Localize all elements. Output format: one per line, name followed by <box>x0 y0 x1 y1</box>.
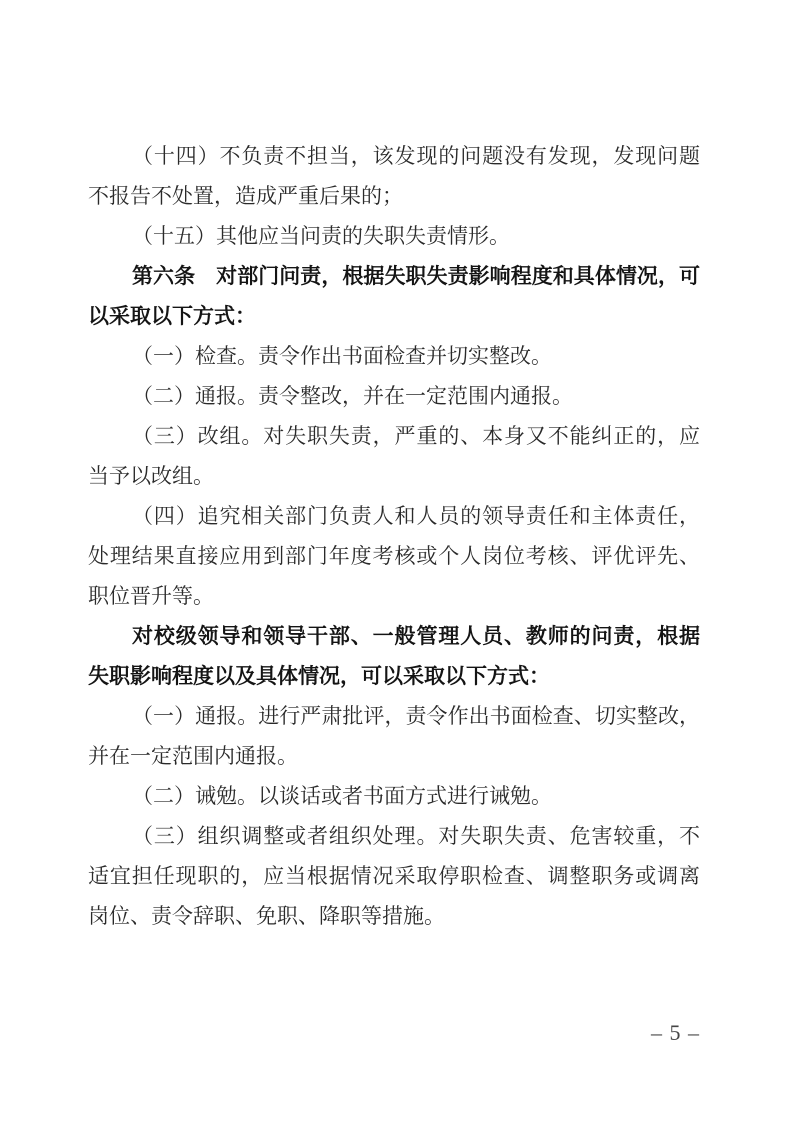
document-line-heading: 第六条 对部门问责，根据失职失责影响程度和具体情况，可 <box>88 256 700 296</box>
document-line: 不报告不处置，造成严重后果的； <box>88 176 700 216</box>
document-line: 处理结果直接应用到部门年度考核或个人岗位考核、评优评先、 <box>88 536 700 576</box>
document-line: 适宜担任现职的，应当根据情况采取停职检查、调整职务或调离 <box>88 856 700 896</box>
document-line: 并在一定范围内通报。 <box>88 736 700 776</box>
page-footer: – 5 – <box>88 1020 700 1046</box>
document-line: （一）检查。责令作出书面检查并切实整改。 <box>88 336 700 376</box>
document-line: （四）追究相关部门负责人和人员的领导责任和主体责任， <box>88 496 700 536</box>
document-line: （二）通报。责令整改，并在一定范围内通报。 <box>88 376 700 416</box>
document-line: 职位晋升等。 <box>88 576 700 616</box>
document-page: （十四）不负责不担当，该发现的问题没有发现，发现问题 不报告不处置，造成严重后果… <box>0 0 794 1122</box>
document-line-heading: 以采取以下方式： <box>88 296 700 336</box>
document-line: （一）通报。进行严肃批评，责令作出书面检查、切实整改， <box>88 696 700 736</box>
document-line: （十四）不负责不担当，该发现的问题没有发现，发现问题 <box>88 136 700 176</box>
document-line: （三）改组。对失职失责，严重的、本身又不能纠正的，应 <box>88 416 700 456</box>
document-line-heading: 对校级领导和领导干部、一般管理人员、教师的问责，根据 <box>88 616 700 656</box>
document-line: 当予以改组。 <box>88 456 700 496</box>
document-line: 岗位、责令辞职、免职、降职等措施。 <box>88 896 700 936</box>
document-line: （三）组织调整或者组织处理。对失职失责、危害较重，不 <box>88 816 700 856</box>
document-line: （二）诫勉。以谈话或者书面方式进行诫勉。 <box>88 776 700 816</box>
document-body: （十四）不负责不担当，该发现的问题没有发现，发现问题 不报告不处置，造成严重后果… <box>88 136 700 936</box>
document-line-heading: 失职影响程度以及具体情况，可以采取以下方式： <box>88 656 700 696</box>
document-line: （十五）其他应当问责的失职失责情形。 <box>88 216 700 256</box>
page-number: – 5 – <box>651 1020 700 1045</box>
